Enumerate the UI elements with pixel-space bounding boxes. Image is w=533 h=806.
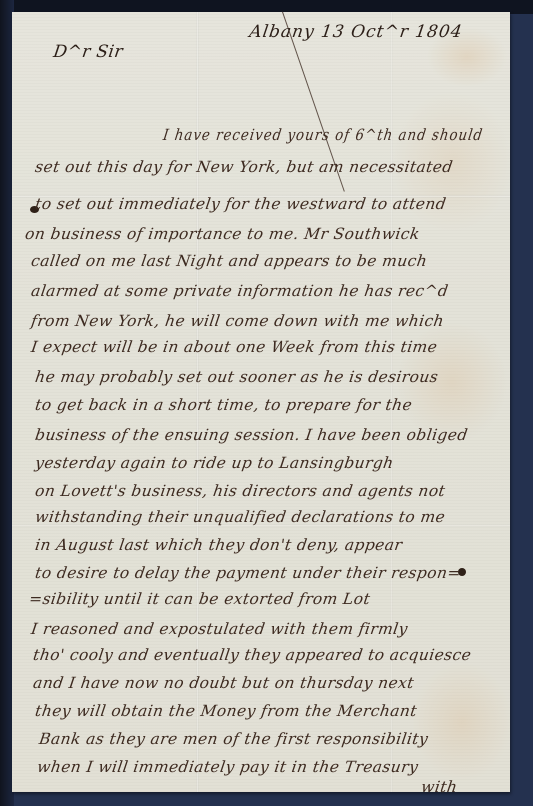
letter-line-5: called on me last Night and appears to b…: [30, 252, 428, 270]
letter-line-23: when I will immediately pay it in the Tr…: [36, 758, 419, 776]
letter-line-2: set out this day for New York, but am ne…: [34, 158, 454, 176]
letter-line-11: business of the ensuing session. I have …: [34, 426, 469, 444]
salutation: D^r Sir: [52, 42, 124, 62]
letter-line-1: I have received yours of 6^th and should: [162, 126, 484, 144]
letter-line-6: alarmed at some private information he h…: [30, 282, 450, 300]
letter-line-10: to get back in a short time, to prepare …: [34, 396, 413, 414]
letter-line-3: to set out immediately for the westward …: [34, 195, 447, 213]
letter-line-15: in August last which they don't deny, ap…: [34, 536, 404, 554]
letter-line-17: =sibility until it can be extorted from …: [28, 590, 371, 608]
letter-line-18: I reasoned and expostulated with them fi…: [30, 620, 409, 638]
letter-line-22: Bank as they are men of the first respon…: [38, 730, 429, 748]
letter-line-14: withstanding their unqualified declarati…: [34, 508, 446, 526]
letter-page: Albany 13 Oct^r 1804 D^r Sir I have rece…: [12, 12, 510, 792]
letter-line-20: and I have now no doubt but on thursday …: [32, 674, 415, 692]
catchword: with: [420, 778, 459, 796]
dateline: Albany 13 Oct^r 1804: [248, 22, 464, 42]
letter-line-16: to desire to delay the payment under the…: [34, 564, 462, 582]
letter-line-7: from New York, he will come down with me…: [30, 312, 445, 330]
letter-line-8: I expect will be in about one Week from …: [30, 338, 439, 356]
letter-line-4: on business of importance to me. Mr Sout…: [24, 225, 421, 243]
letter-line-19: tho' cooly and eventually they appeared …: [32, 646, 473, 664]
letter-line-21: they will obtain the Money from the Merc…: [34, 702, 418, 720]
letter-line-13: on Lovett's business, his directors and …: [34, 482, 447, 500]
letter-line-12: yesterday again to ride up to Lansingbur…: [34, 454, 395, 472]
letter-line-9: he may probably set out sooner as he is …: [34, 368, 439, 386]
